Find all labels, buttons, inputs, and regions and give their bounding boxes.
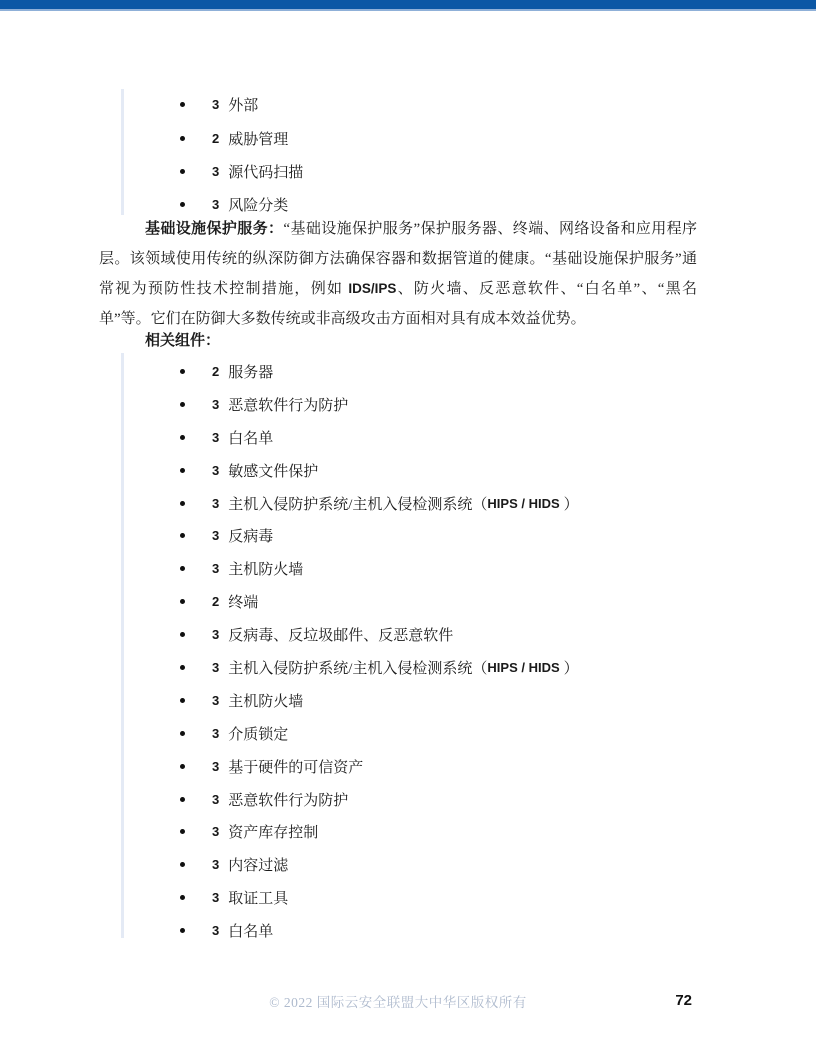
bullet-icon (180, 764, 185, 769)
paragraph-latin-term: IDS/IPS (348, 281, 396, 296)
item-count: 3 (212, 824, 219, 839)
item-label: 主机入侵防护系统/主机入侵检测系统（ (228, 657, 487, 678)
item-label: 终端 (228, 591, 258, 612)
bullet-icon (180, 698, 185, 703)
list-item: 2 威胁管理 (99, 121, 697, 154)
item-count: 3 (212, 496, 219, 511)
item-latin-term: HIPS / HIDS (487, 660, 559, 675)
list-item: 3 反病毒、反垃圾邮件、反恶意软件 (99, 618, 697, 651)
item-label: 恶意软件行为防护 (228, 789, 348, 810)
item-count: 3 (212, 430, 219, 445)
list-item: 3 反病毒 (99, 519, 697, 552)
bullet-icon (180, 468, 185, 473)
item-count: 3 (212, 463, 219, 478)
item-label: 威胁管理 (228, 128, 288, 149)
item-count: 2 (212, 594, 219, 609)
bullet-icon (180, 862, 185, 867)
bullet-icon (180, 632, 185, 637)
item-count: 3 (212, 528, 219, 543)
related-components-heading: 相关组件： (145, 329, 220, 350)
list-item: 3 白名单 (99, 914, 697, 947)
list-item: 3 主机防火墙 (99, 552, 697, 585)
item-count: 3 (212, 397, 219, 412)
list-item: 2 终端 (99, 585, 697, 618)
list-item: 3 外部 (99, 88, 697, 121)
list-item: 3 取证工具 (99, 881, 697, 914)
list-item: 3 源代码扫描 (99, 155, 697, 188)
item-count: 2 (212, 131, 219, 146)
item-count: 2 (212, 364, 219, 379)
list-item: 3 主机入侵防护系统/主机入侵检测系统（ HIPS / HIDS ） (99, 651, 697, 684)
item-latin-term: HIPS / HIDS (487, 496, 559, 511)
item-label: 主机防火墙 (228, 690, 303, 711)
bullet-icon (180, 533, 185, 538)
item-count: 3 (212, 759, 219, 774)
item-label: 主机入侵防护系统/主机入侵检测系统（ (228, 493, 487, 514)
bullet-icon (180, 169, 185, 174)
item-label: 敏感文件保护 (228, 460, 318, 481)
list-item: 3 资产库存控制 (99, 815, 697, 848)
list-item: 3 主机防火墙 (99, 684, 697, 717)
bullet-icon (180, 566, 185, 571)
item-label-tail: ） (560, 657, 579, 678)
list-item: 3 白名单 (99, 421, 697, 454)
bullet-icon (180, 928, 185, 933)
item-label: 主机防火墙 (228, 558, 303, 579)
item-label: 源代码扫描 (228, 161, 303, 182)
bullet-icon (180, 202, 185, 207)
item-label: 反病毒 (228, 525, 273, 546)
item-label: 资产库存控制 (228, 821, 318, 842)
item-label: 内容过滤 (228, 854, 288, 875)
bullet-icon (180, 797, 185, 802)
item-label: 风险分类 (228, 194, 288, 215)
item-label: 白名单 (228, 427, 273, 448)
item-count: 3 (212, 97, 219, 112)
item-label: 恶意软件行为防护 (228, 394, 348, 415)
item-count: 3 (212, 693, 219, 708)
item-count: 3 (212, 923, 219, 938)
list-item: 3 敏感文件保护 (99, 454, 697, 487)
bullet-icon (180, 501, 185, 506)
item-count: 3 (212, 164, 219, 179)
item-count: 3 (212, 660, 219, 675)
infrastructure-protection-paragraph: 基础设施保护服务：“基础设施保护服务”保护服务器、终端、网络设备和应用程序层。该… (99, 214, 697, 334)
item-count: 3 (212, 890, 219, 905)
item-label-tail: ） (560, 493, 579, 514)
bullet-icon (180, 895, 185, 900)
list-item: 3 主机入侵防护系统/主机入侵检测系统（ HIPS / HIDS ） (99, 487, 697, 520)
item-label: 取证工具 (228, 887, 288, 908)
bullet-icon (180, 102, 185, 107)
item-count: 3 (212, 561, 219, 576)
page-top-accent-bar (0, 0, 816, 9)
bullet-icon (180, 136, 185, 141)
risk-items-list: 3 外部 2 威胁管理 3 源代码扫描 3 风险分类 (99, 88, 697, 222)
item-label: 介质锁定 (228, 723, 288, 744)
paragraph-lead: 基础设施保护服务： (145, 221, 283, 237)
list-item: 2 服务器 (99, 355, 697, 388)
item-label: 服务器 (228, 361, 273, 382)
item-count: 3 (212, 197, 219, 212)
bullet-icon (180, 665, 185, 670)
item-count: 3 (212, 857, 219, 872)
item-count: 3 (212, 792, 219, 807)
bullet-icon (180, 829, 185, 834)
bullet-icon (180, 435, 185, 440)
list-item: 3 内容过滤 (99, 848, 697, 881)
bullet-icon (180, 731, 185, 736)
list-item: 3 恶意软件行为防护 (99, 388, 697, 421)
list-item: 3 介质锁定 (99, 717, 697, 750)
item-count: 3 (212, 726, 219, 741)
item-count: 3 (212, 627, 219, 642)
related-components-list: 2 服务器 3 恶意软件行为防护 3 白名单 3 敏感文件保护 3 主机入侵防护… (99, 355, 697, 947)
list-item: 3 基于硬件的可信资产 (99, 750, 697, 783)
item-label: 反病毒、反垃圾邮件、反恶意软件 (228, 624, 453, 645)
page-number: 72 (99, 992, 692, 1009)
item-label: 基于硬件的可信资产 (228, 756, 363, 777)
item-label: 外部 (228, 94, 258, 115)
bullet-icon (180, 599, 185, 604)
item-label: 白名单 (228, 920, 273, 941)
bullet-icon (180, 369, 185, 374)
bullet-icon (180, 402, 185, 407)
list-item: 3 恶意软件行为防护 (99, 783, 697, 816)
page-top-accent-line (0, 9, 816, 11)
